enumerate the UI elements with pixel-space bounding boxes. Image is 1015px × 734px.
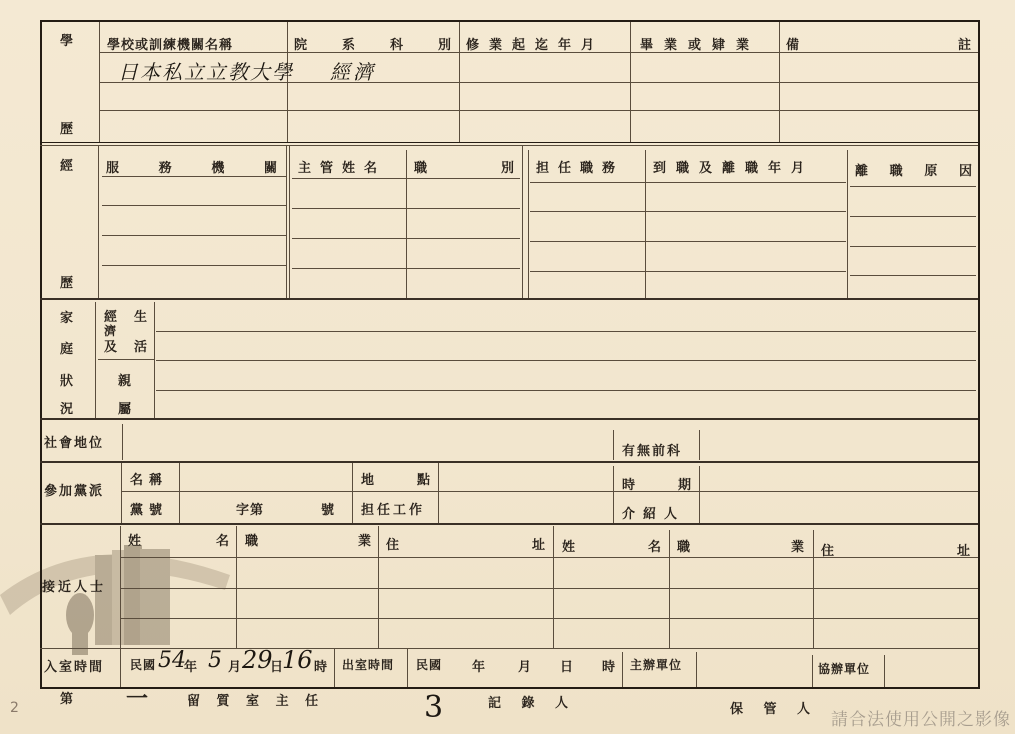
party-time-char: 時 [622, 474, 636, 493]
frame-top [40, 20, 978, 22]
divider [522, 146, 523, 298]
header-dept: 院 系 科 別 [294, 34, 452, 53]
header-char: 業 [358, 530, 372, 549]
party-place-char: 地 [361, 469, 375, 488]
row-line [102, 205, 286, 206]
divider [95, 302, 96, 418]
party-number-end: 號 [321, 499, 335, 518]
party-number-label: 黨號 [130, 499, 168, 518]
economy-label-char: 生 [134, 306, 148, 325]
row-line [292, 208, 520, 209]
contacts-header-occupation-2: 職 業 [677, 536, 805, 555]
divider [613, 466, 614, 523]
row-line [530, 211, 846, 212]
header-dept-char: 系 [342, 34, 356, 53]
family-label-char: 庭 [60, 338, 74, 357]
watermark-text: 請合法使用公開之影像 [831, 705, 1011, 730]
entry-month-unit: 月 [228, 656, 242, 675]
row-line [292, 238, 520, 239]
divider [696, 652, 697, 687]
section-line [40, 142, 978, 143]
header-remarks: 備 註 [786, 34, 972, 53]
divider [179, 463, 180, 523]
divider [236, 526, 237, 648]
exit-time-label: 出室時間 [342, 656, 394, 673]
row-line [530, 182, 846, 183]
divider [121, 463, 122, 523]
entry-year-value[interactable]: 54 [158, 648, 186, 673]
education-label-top: 學 [60, 30, 74, 49]
row-line [121, 557, 978, 558]
divider [613, 430, 614, 460]
family-label-char: 況 [60, 398, 74, 417]
contacts-header-name: 姓 名 [128, 530, 230, 549]
party-time-label: 時 期 [622, 474, 692, 493]
party-work-label: 担任工作 [361, 499, 425, 518]
divider [528, 150, 529, 298]
contacts-label: 接近人士 [42, 576, 106, 595]
header-char: 業 [791, 536, 805, 555]
footer-number-prefix: 第 [60, 688, 74, 707]
host-unit-label: 主辦單位 [630, 656, 682, 673]
header-agency-char: 關 [264, 157, 278, 176]
party-name-label: 名稱 [130, 469, 168, 488]
row-line [100, 52, 978, 53]
entry-year-unit: 年 [184, 656, 198, 675]
divider [122, 424, 123, 460]
divider [645, 150, 646, 298]
row-line [850, 246, 976, 247]
frame-bottom [40, 687, 980, 689]
economy-label-char: 活 [134, 336, 148, 355]
header-char: 名 [216, 530, 230, 549]
party-place-char: 點 [417, 469, 431, 488]
education-dept-value[interactable]: 經濟 [330, 56, 376, 85]
header-remarks-char: 備 [786, 34, 800, 53]
handwritten-page-mark: 3 [424, 690, 443, 725]
header-duty: 担任職務 [536, 157, 624, 176]
header-position-char: 職 [414, 157, 428, 176]
row-line [102, 176, 286, 177]
frame-right [978, 20, 980, 688]
row-line [530, 271, 846, 272]
divider [813, 530, 814, 648]
education-school-value[interactable]: 日本私立立教大學 [118, 56, 294, 85]
divider [812, 655, 813, 687]
section-line [40, 298, 978, 300]
party-time-char: 期 [678, 474, 692, 493]
header-reason-char: 原 [924, 160, 938, 179]
header-school: 學校或訓練機關名稱 [107, 34, 233, 53]
family-label-char: 家 [60, 307, 74, 326]
header-char: 址 [532, 534, 546, 553]
divider [378, 526, 379, 648]
header-dept-char: 科 [390, 34, 404, 53]
criminal-record-label: 有無前科 [622, 440, 682, 459]
social-status-label: 社會地位 [44, 432, 104, 451]
header-agency-char: 服 [106, 157, 120, 176]
contacts-header-occupation: 職 業 [245, 530, 372, 549]
divider [286, 146, 287, 298]
divider [553, 526, 554, 648]
header-remarks-char: 註 [958, 34, 972, 53]
header-char: 名 [648, 536, 662, 555]
header-reason-char: 職 [890, 160, 904, 179]
divider [120, 649, 121, 687]
margin-note: 2 [10, 700, 19, 716]
header-reason: 離 職 原 因 [855, 160, 973, 179]
header-agency-char: 機 [211, 157, 225, 176]
entry-day-value[interactable]: 29 [242, 646, 273, 674]
exit-era: 民國 [416, 656, 442, 673]
divider [699, 466, 700, 523]
row-line [292, 268, 520, 269]
exit-day-unit: 日 [560, 656, 574, 675]
relatives-label-char: 親 [118, 370, 132, 389]
party-number-middle: 字第 [236, 499, 264, 518]
row-line [121, 588, 978, 589]
row-line [850, 275, 976, 276]
header-char: 住 [386, 534, 400, 553]
header-agency-char: 務 [159, 157, 173, 176]
section-line [40, 461, 978, 463]
relatives-label-char: 屬 [118, 398, 132, 417]
header-char: 職 [245, 530, 259, 549]
divider [884, 655, 885, 687]
divider [352, 463, 353, 523]
party-label: 參加黨派 [44, 480, 104, 499]
section-line [40, 145, 978, 146]
row-line [156, 390, 976, 391]
header-char: 姓 [128, 530, 142, 549]
divider [406, 150, 407, 298]
party-place-label: 地 點 [361, 469, 431, 488]
row-line [850, 216, 976, 217]
co-unit-label: 協辦單位 [818, 660, 870, 677]
divider [98, 146, 99, 298]
header-graduated: 畢業或肄業 [640, 34, 760, 53]
header-position: 職 別 [414, 157, 515, 176]
divider [438, 463, 439, 523]
divider [120, 526, 121, 648]
custodian-label: 保 管 人 [730, 698, 818, 717]
entry-hour-value[interactable]: 16 [282, 646, 313, 674]
row-line [102, 265, 286, 266]
divider [154, 302, 155, 418]
entry-month-value[interactable]: 5 [208, 648, 222, 673]
party-introducer-label: 介紹人 [622, 503, 685, 522]
header-period: 修業起迄年月 [466, 34, 604, 53]
contacts-header-address: 住 址 [386, 534, 546, 553]
row-line [121, 618, 978, 619]
exit-month-unit: 月 [518, 656, 532, 675]
divider [669, 530, 670, 648]
row-line [100, 110, 978, 111]
divider [699, 430, 700, 460]
family-label-char: 狀 [60, 370, 74, 389]
economy-label-char: 及 [104, 336, 118, 355]
row-line [156, 360, 976, 361]
exit-year-unit: 年 [472, 656, 486, 675]
header-reason-char: 離 [855, 160, 869, 179]
entry-hour-unit: 時 [314, 656, 328, 675]
exit-hour-unit: 時 [602, 656, 616, 675]
recorder-label: 記 錄 人 [488, 692, 576, 711]
section-line [40, 523, 978, 525]
career-label-bottom: 歷 [60, 272, 74, 291]
row-line [530, 241, 846, 242]
row-line [850, 186, 976, 187]
header-dept-char: 院 [294, 34, 308, 53]
detention-director-label: 留 質 室 主 任 [187, 690, 324, 709]
row-line [156, 331, 976, 332]
entry-time-label: 入室時間 [44, 656, 104, 675]
row-line [122, 491, 978, 492]
divider [847, 150, 848, 298]
header-position-char: 別 [501, 157, 515, 176]
header-dept-char: 別 [438, 34, 452, 53]
header-char: 姓 [562, 536, 576, 555]
footer-number-value: 一 [126, 682, 149, 713]
row-line [98, 359, 154, 360]
header-char: 職 [677, 536, 691, 555]
education-label-bottom: 歷 [60, 118, 74, 137]
row-line [292, 178, 520, 179]
header-agency: 服 務 機 關 [106, 157, 278, 176]
entry-era: 民國 [130, 656, 156, 673]
divider [334, 649, 335, 687]
header-supervisor: 主管姓名 [298, 157, 386, 176]
divider [289, 146, 290, 298]
career-label-top: 經 [60, 155, 74, 174]
header-reason-char: 因 [959, 160, 973, 179]
divider [407, 649, 408, 687]
row-line [102, 235, 286, 236]
header-dates: 到職及離職年月 [653, 157, 814, 176]
divider [622, 652, 623, 687]
section-line [40, 418, 978, 420]
contacts-header-name-2: 姓 名 [562, 536, 662, 555]
